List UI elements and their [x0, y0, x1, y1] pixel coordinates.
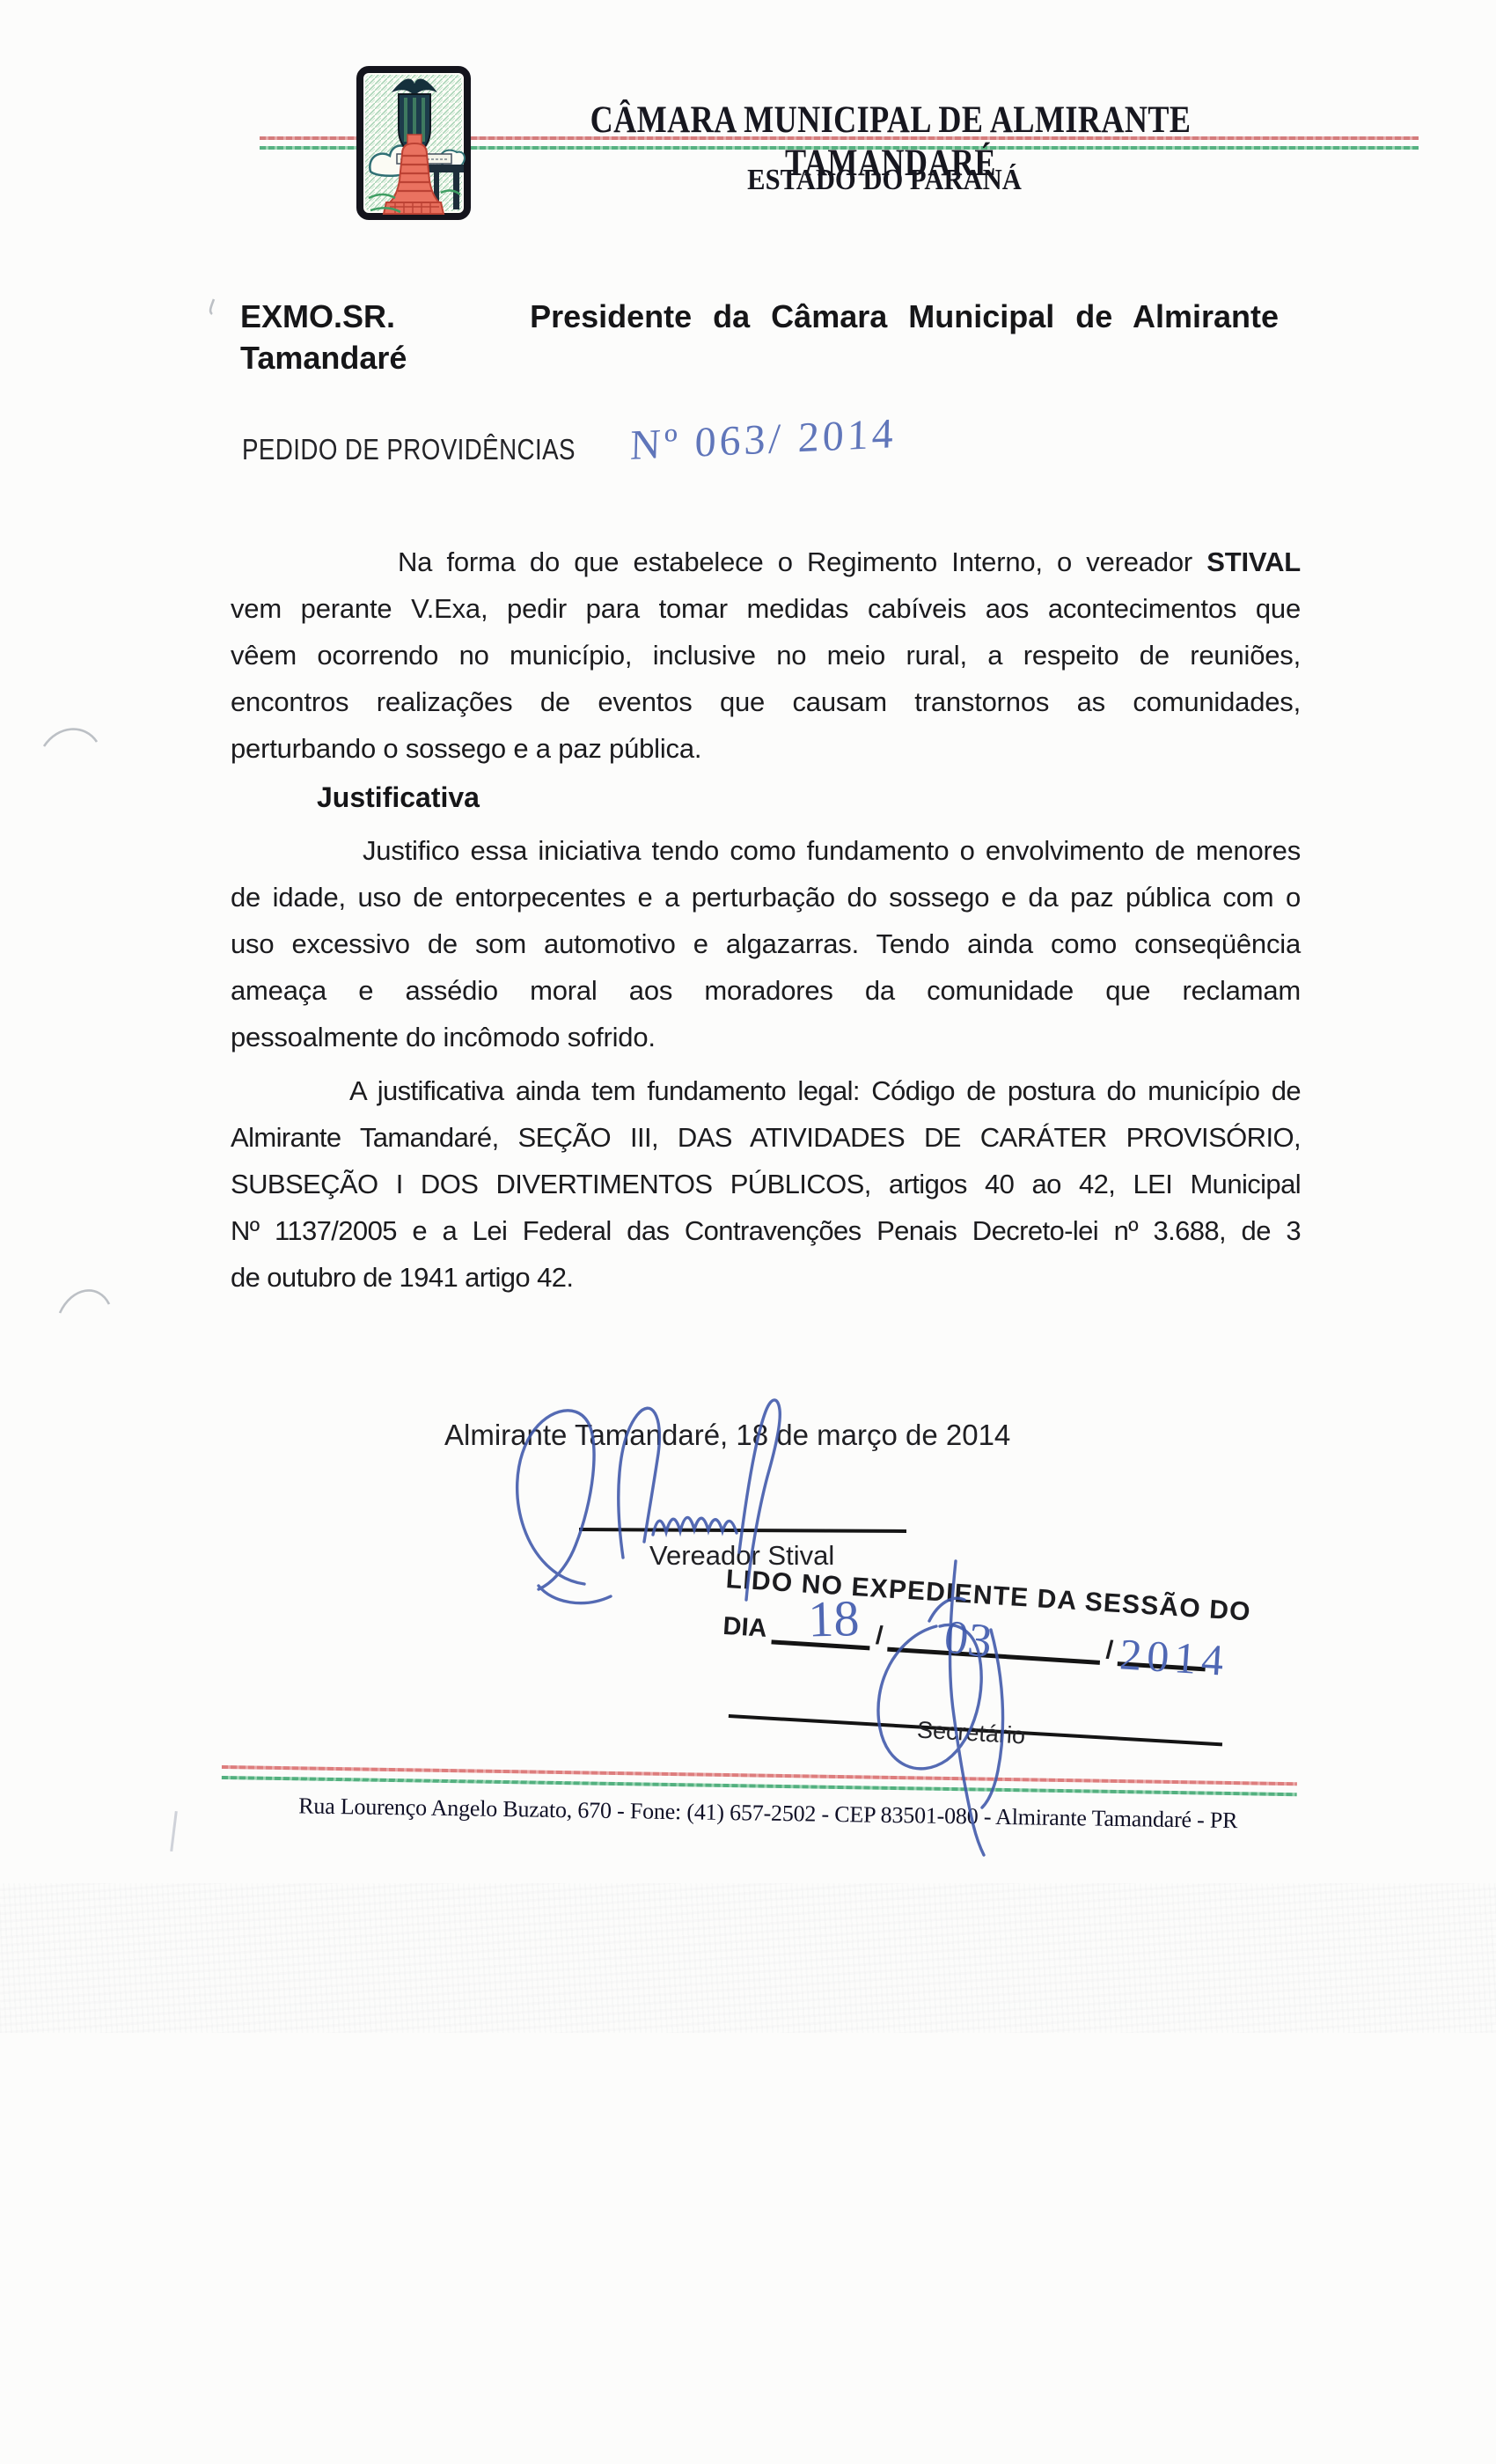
scan-artifact	[170, 1811, 178, 1852]
stamp-slash: /	[875, 1622, 884, 1651]
paragraph-legal-basis: A justificativa ainda tem fundamento leg…	[231, 1067, 1301, 1301]
subject-label: PEDIDO DE PROVIDÊNCIAS	[242, 433, 576, 466]
paragraph-justification: Justifico essa iniciativa tendo como fun…	[231, 827, 1301, 1060]
addressee-line1: EXMO.SR. Presidente da Câmara Municipal …	[240, 296, 1279, 337]
addressee-title: Presidente da Câmara Municipal de Almira…	[530, 296, 1279, 337]
paragraph-line: de idade, uso de entorpecentes e a pertu…	[231, 874, 1301, 920]
handwritten-day: 18	[808, 1588, 861, 1648]
stamp-slash: /	[1105, 1636, 1114, 1665]
footer: Rua Lourenço Angelo Buzato, 670 - Fone: …	[221, 1765, 1297, 1835]
handwritten-document-number: Nº 063/ 2014	[629, 409, 897, 470]
stamp-month-blank	[887, 1619, 1102, 1665]
scan-noise-band	[0, 1883, 1496, 2033]
paragraph-line: Justifico essa iniciativa tendo como fun…	[231, 827, 1301, 874]
handwritten-year: 2014	[1118, 1628, 1230, 1686]
paragraph-line: encontros realizações de eventos que cau…	[231, 678, 1301, 725]
paragraph-line: Almirante Tamandaré, SEÇÃO III, DAS ATIV…	[231, 1114, 1301, 1161]
paragraph-line: vêem ocorrendo no município, inclusive n…	[231, 632, 1301, 678]
footer-address: Rua Lourenço Angelo Buzato, 670 - Fone: …	[298, 1793, 1296, 1835]
pencil-margin-arc	[44, 299, 214, 1313]
municipal-coat-of-arms-logo	[356, 66, 471, 220]
session-stamp: LIDO NO EXPEDIENTE DA SESSÃO DO DIA / / …	[722, 1565, 1254, 1675]
state-subtitle: ESTADO DO PARANÁ	[647, 164, 1122, 197]
paragraph-line: ameaça e assédio moral aos moradores da …	[231, 967, 1301, 1014]
vereador-name-bold: STIVAL	[1206, 546, 1301, 577]
paragraph-line: de outubro de 1941 artigo 42.	[231, 1254, 1301, 1301]
justification-heading: Justificativa	[317, 781, 480, 814]
addressee-salutation: EXMO.SR.	[240, 296, 395, 337]
paragraph-line: vem perante V.Exa, pedir para tomar medi…	[231, 585, 1301, 632]
paragraph-line: Nº 1137/2005 e a Lei Federal das Contrav…	[231, 1207, 1301, 1254]
stamp-day-label: DIA	[722, 1612, 768, 1644]
signature-rule	[579, 1528, 906, 1533]
paragraph-line: SUBSEÇÃO I DOS DIVERTIMENTOS PÚBLICOS, a…	[231, 1161, 1301, 1207]
addressee-block: EXMO.SR. Presidente da Câmara Municipal …	[240, 296, 1279, 378]
paragraph-line: Na forma do que estabelece o Regimento I…	[231, 539, 1301, 585]
paragraph-line: uso excessivo de som automotivo e algaza…	[231, 920, 1301, 967]
paragraph-line: A justificativa ainda tem fundamento leg…	[231, 1067, 1301, 1114]
footer-rule-red	[222, 1765, 1297, 1786]
paragraph-request: Na forma do que estabelece o Regimento I…	[231, 539, 1301, 772]
paragraph-line: pessoalmente do incômodo sofrido.	[231, 1014, 1301, 1060]
city-date-line: Almirante Tamandaré, 18 de março de 2014	[444, 1419, 1010, 1452]
handwritten-month: 03	[942, 1609, 995, 1668]
secretary-label: Secretário	[916, 1716, 1026, 1749]
addressee-line2: Tamandaré	[240, 337, 1279, 378]
paragraph-line: perturbando o sossego e a paz pública.	[231, 725, 1301, 772]
